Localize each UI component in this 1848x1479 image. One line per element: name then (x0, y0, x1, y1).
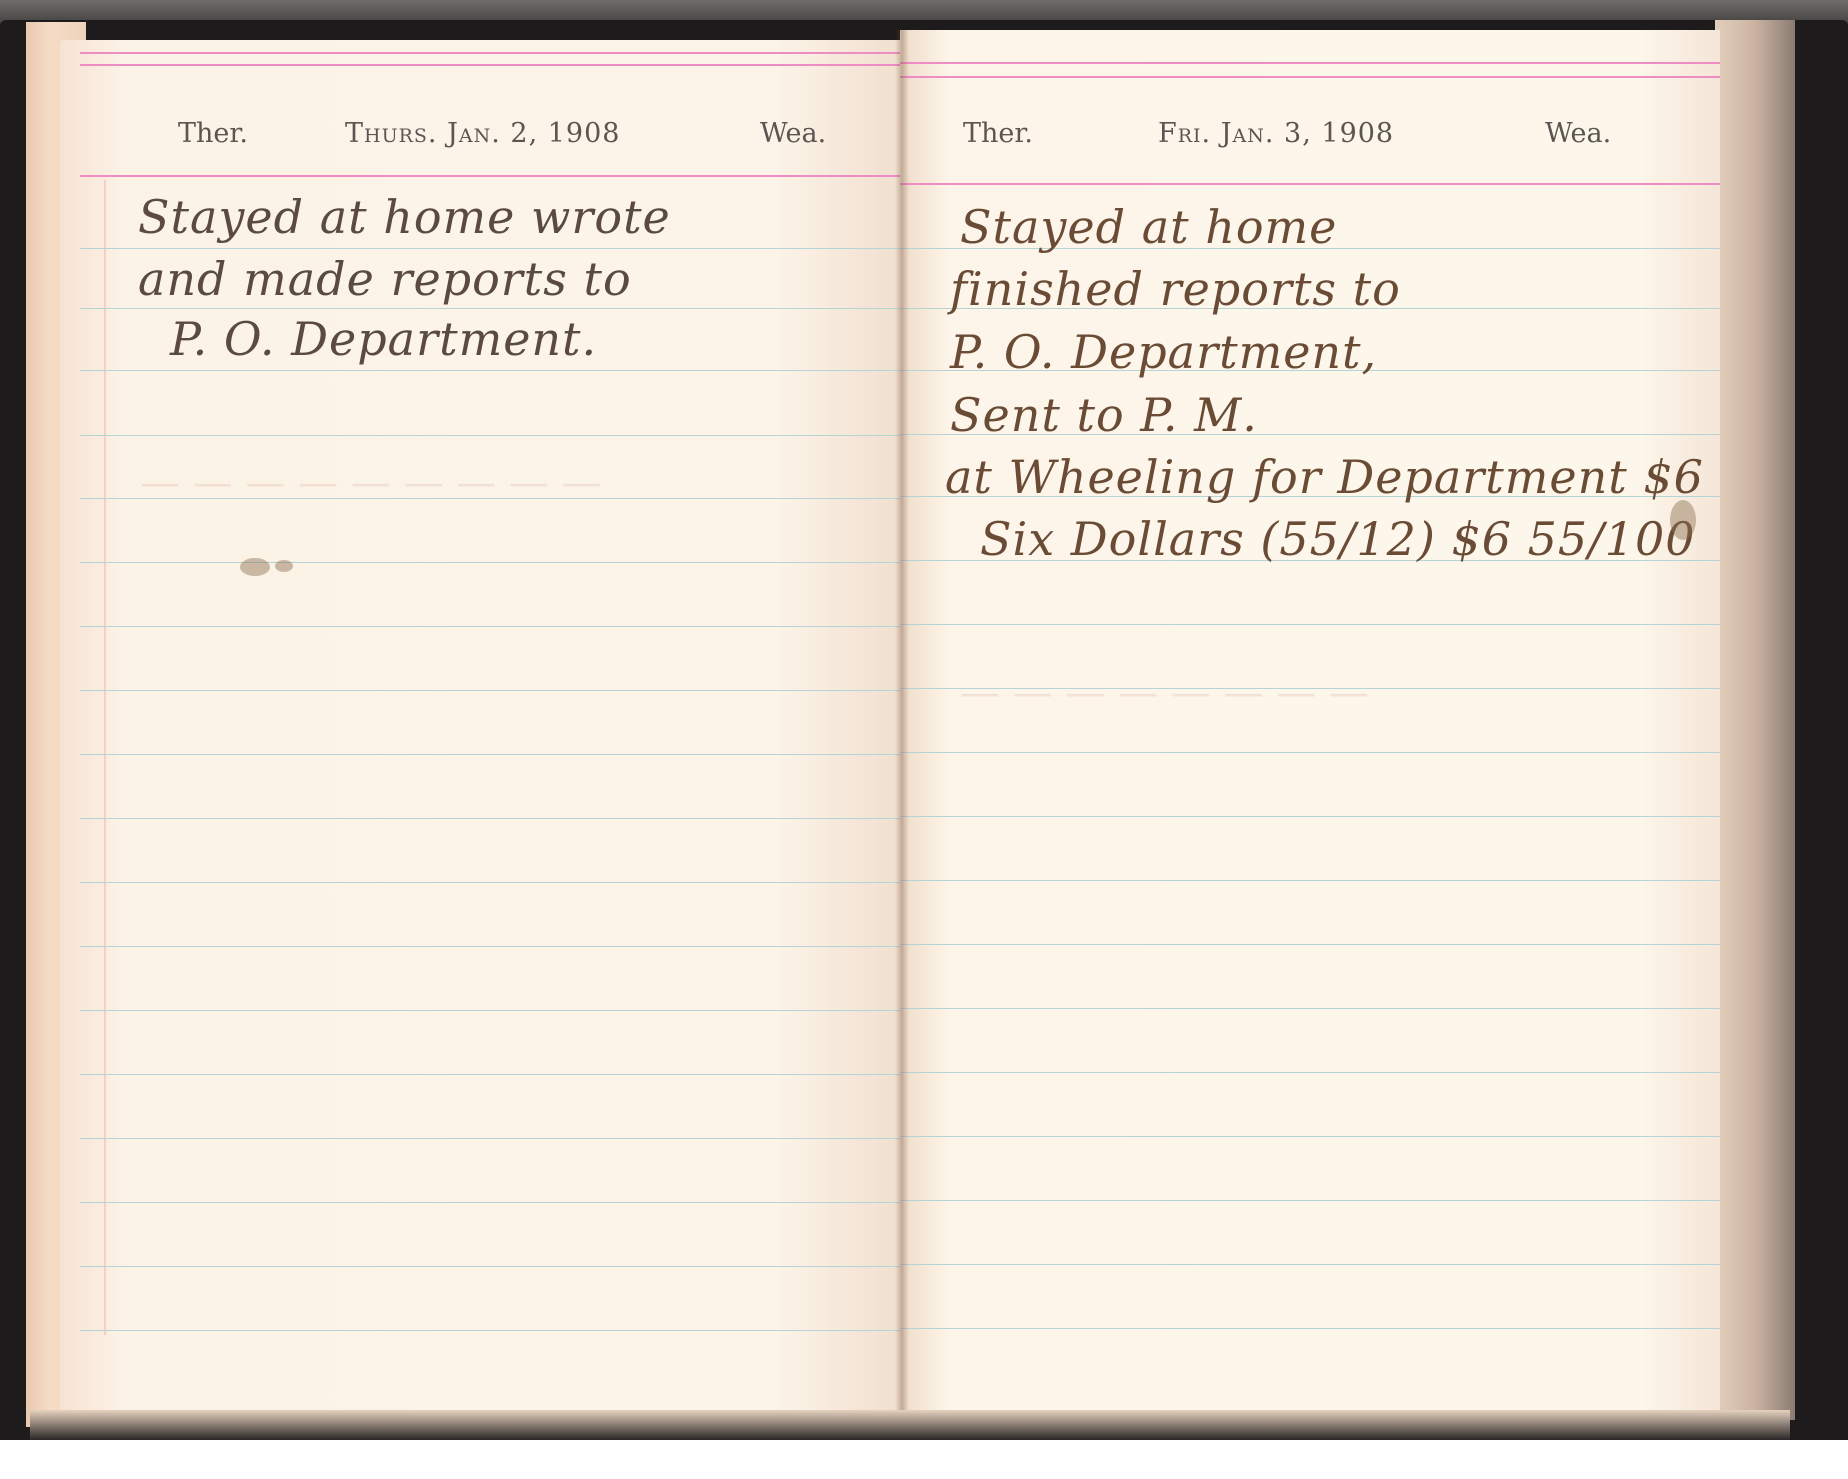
bleed-through-text: — — — — — — — — (960, 670, 1369, 716)
handwriting-line: P. O. Department. (170, 312, 597, 366)
right-page-edges (1715, 20, 1795, 1420)
right-page: Ther. Fri. Jan. 3, 1908 Wea. — — — — — —… (900, 30, 1720, 1415)
wea-label: Wea. (760, 118, 826, 149)
blue-rule (80, 1266, 900, 1267)
blue-rule (900, 1008, 1720, 1009)
blue-rule (80, 1074, 900, 1075)
blue-rule (80, 1010, 900, 1011)
handwriting-line: Stayed at home wrote (138, 190, 671, 244)
blue-rule (80, 882, 900, 883)
handwriting-line: Sent to P. M. (950, 388, 1258, 442)
handwriting-line: and made reports to (138, 252, 632, 306)
blue-rule (900, 752, 1720, 753)
blue-rule (80, 248, 900, 249)
ther-label: Ther. (178, 118, 248, 149)
date-label: Thurs. Jan. 2, 1908 (345, 118, 620, 149)
pink-rule (900, 62, 1720, 64)
blue-rule (900, 1136, 1720, 1137)
blue-rule (900, 880, 1720, 881)
margin-line (104, 180, 106, 1335)
blue-rule (80, 370, 900, 371)
blue-rule (900, 944, 1720, 945)
blue-rule (80, 754, 900, 755)
bleed-through-text: — — — — — — — — — (140, 460, 602, 506)
left-page: Ther. Thurs. Jan. 2, 1908 Wea. — — — — —… (60, 40, 900, 1415)
date-label: Fri. Jan. 3, 1908 (1158, 118, 1394, 149)
blue-rule (900, 1072, 1720, 1073)
handwriting-line: Six Dollars (55/12) $6 55/100 (980, 512, 1696, 566)
ink-stain (275, 560, 293, 572)
book-gutter (895, 30, 909, 1430)
blue-rule (80, 435, 900, 436)
right-page-header: Ther. Fri. Jan. 3, 1908 Wea. (900, 118, 1720, 158)
blue-rule (900, 1264, 1720, 1265)
blue-rule (80, 562, 900, 563)
ther-label: Ther. (963, 118, 1033, 149)
blue-rule (80, 946, 900, 947)
handwriting-line: Stayed at home (960, 200, 1337, 254)
blue-rule (80, 308, 900, 309)
blue-rule (80, 1330, 900, 1331)
blue-rule (900, 816, 1720, 817)
left-page-header: Ther. Thurs. Jan. 2, 1908 Wea. (60, 118, 900, 158)
pink-rule (80, 64, 900, 66)
blue-rule (900, 1328, 1720, 1329)
blue-rule (80, 1138, 900, 1139)
background-bottom (0, 1440, 1848, 1479)
blue-rule (80, 1202, 900, 1203)
ink-stain (1670, 500, 1696, 540)
handwriting-line: P. O. Department, (950, 325, 1377, 379)
pink-rule (80, 175, 900, 177)
blue-rule (900, 1200, 1720, 1201)
book-bottom-edge (30, 1410, 1790, 1440)
blue-rule (80, 690, 900, 691)
pink-rule (900, 76, 1720, 78)
blue-rule (900, 624, 1720, 625)
ink-stain (240, 558, 270, 576)
handwriting-line: finished reports to (950, 262, 1401, 316)
blue-rule (80, 626, 900, 627)
blue-rule (80, 818, 900, 819)
pink-rule (900, 183, 1720, 185)
wea-label: Wea. (1545, 118, 1611, 149)
pink-rule (80, 52, 900, 54)
handwriting-line: at Wheeling for Department $6 (945, 450, 1704, 504)
